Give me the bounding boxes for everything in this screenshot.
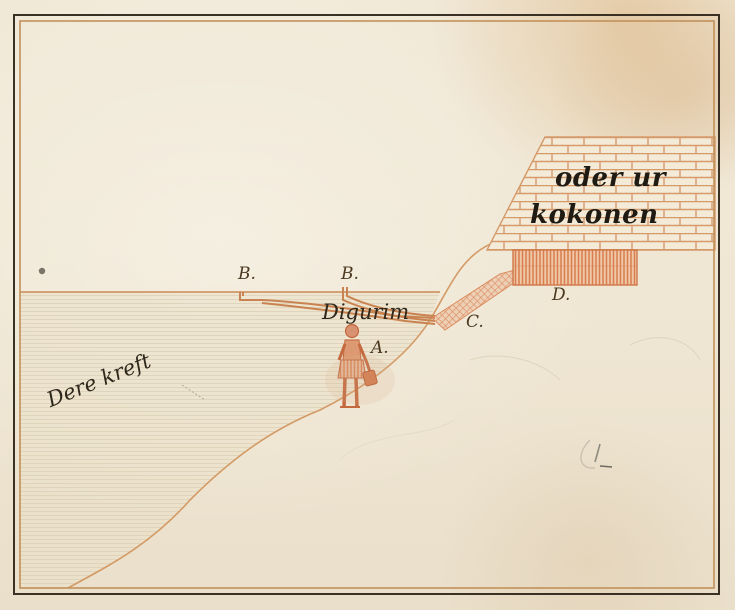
marker-c: C. xyxy=(466,314,484,331)
brick-building xyxy=(487,137,715,250)
marker-b-right: B. xyxy=(341,266,359,283)
foundation-d xyxy=(513,250,637,285)
manuscript-page: oder ur kokonen Dere kreft Digurim B. B.… xyxy=(0,0,735,610)
marker-d: D. xyxy=(552,287,570,304)
water-area xyxy=(20,292,450,592)
marker-b-left: B. xyxy=(238,266,256,283)
building-label-line2: kokonen xyxy=(530,202,659,228)
building-label-line1: oder ur xyxy=(555,165,666,191)
channel-label: Digurim xyxy=(322,302,409,323)
marker-a: A. xyxy=(371,340,389,357)
